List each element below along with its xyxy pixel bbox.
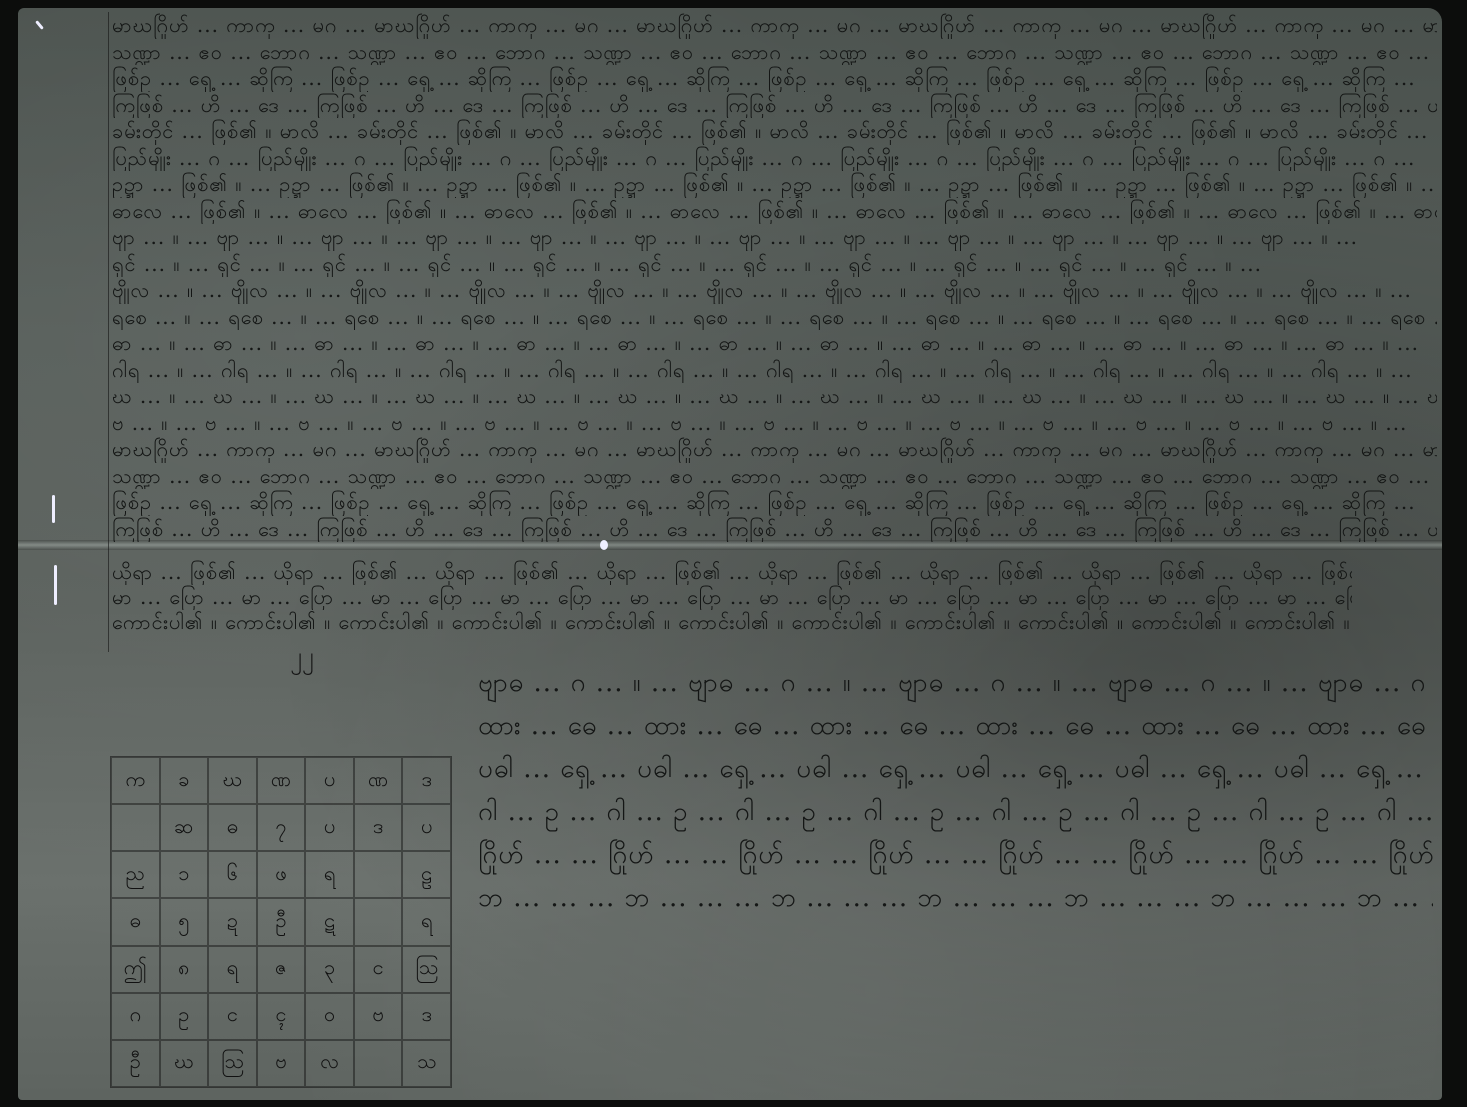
grid-cell: ဒ [402,993,451,1040]
grid-cell: ဗ [257,1040,306,1087]
grid-cell: ဃ [160,1040,209,1087]
grid-cell [111,804,160,851]
scratch-mark [600,540,608,550]
grid-cell: ဦ [257,898,306,945]
grid-cell: ဥ [160,993,209,1040]
margin-rule [108,12,109,652]
middle-text-block: ယိုရာ ... ဖြစ်၏ ... ယိုရာ ... ဖြစ်၏ ... … [112,560,1352,635]
grid-cell: င [354,946,403,993]
grid-cell: ပ [305,757,354,804]
grid-cell [354,1040,403,1087]
grid-cell: ရ [305,851,354,898]
grid-cell: ဇ [257,946,306,993]
grid-cell: ဗ [354,993,403,1040]
manuscript-line: ဗ ... ။ ... ဗ ... ။ ... ဗ ... ။ ... ဗ ..… [112,410,1437,437]
grid-cell: ဂ [111,993,160,1040]
manuscript-line: ဓာ ... ။ ... ဓာ ... ။ ... ဓာ ... ။ ... ဓ… [112,330,1437,357]
grid-cell: င [208,993,257,1040]
manuscript-line: ကြဖြစ် ... ဟိ ... ဒေ ... ကြဖြစ် ... ဟိ .… [112,516,1437,543]
character-grid: ကခဃဏပဏဒဆဓ၇ပဒပည၁၆ဖရဠဓ၅ဍဦဋရဤ၈ရဇ၃ငဩဂဥငၚဝဗဒဦ… [110,756,452,1088]
grid-cell: ဍ [208,898,257,945]
grid-cell: က [111,757,160,804]
manuscript-line: ဘ ... ... ... ဘ ... ... ... ဘ ... ... ..… [478,877,1433,920]
manuscript-line: ဥဍ္ဍာ ... ဖြစ်၏ ။ ... ဥဍ္ဍာ ... ဖြစ်၏ ။ … [112,171,1437,198]
grid-cell: သ [402,1040,451,1087]
right-text-block: ဗျာဓ ... ဂ ... ။ ... ဗျာဓ ... ဂ ... ။ ..… [478,662,1433,920]
manuscript-line: မာ ... ပြော ... မာ ... ပြော ... မာ ... ပ… [112,585,1352,610]
manuscript-line: မာဃဂြိုဟ် ... ကာကု ... မဂ ... မာဃဂြိုဟ် … [112,12,1437,39]
grid-cell: ရ [402,898,451,945]
scratch-mark [54,565,57,605]
grid-cell: ၃ [305,946,354,993]
manuscript-line: ကြဖြစ် ... ဟိ ... ဒေ ... ကြဖြစ် ... ဟိ .… [112,92,1437,119]
manuscript-line: ဖြစ်ဥ ... ရှေ့ ... ဆိုကြ ... ဖြစ်ဥ ... ရ… [112,65,1437,92]
grid-cell: ဝ [305,993,354,1040]
grid-cell: ဋ [305,898,354,945]
grid-cell: ရ [208,946,257,993]
manuscript-line: ဗျိုလ ... ။ ... ဗျိုလ ... ။ ... ဗျိုလ ..… [112,277,1437,304]
grid-cell [354,898,403,945]
grid-cell: ၁ [160,851,209,898]
grid-cell: လ [305,1040,354,1087]
manuscript-line: သဏ္ဍာ ... ဧဝ ... ဘောဂ ... သဏ္ဍာ ... ဧဝ .… [112,39,1437,66]
manuscript-line: မာဃဂြိုဟ် ... ကာကု ... မဂ ... မာဃဂြိုဟ် … [112,436,1437,463]
manuscript-line: ရှင် ... ။ ... ရှင် ... ။ ... ရှင် ... ။… [112,251,1437,278]
grid-cell: ဒ [354,804,403,851]
grid-cell: ဦ [111,1040,160,1087]
manuscript-line: ဂါရ ... ။ ... ဂါရ ... ။ ... ဂါရ ... ။ ..… [112,357,1437,384]
grid-cell: ဃ [208,757,257,804]
grid-cell: ဏ [354,757,403,804]
grid-cell: ဏ [257,757,306,804]
grid-cell: ခ [160,757,209,804]
grid-cell: ပ [402,804,451,851]
manuscript-line: ပြည်မျိုး ... ဂ ... ပြည်မျိုး ... ဂ ... … [112,145,1437,172]
manuscript-line: ဂြိုဟ် ... ... ဂြိုဟ် ... ... ဂြိုဟ် ...… [478,834,1433,877]
grid-cell: ဠ [402,851,451,898]
grid-cell: ၇ [257,804,306,851]
grid-cell: ၆ [208,851,257,898]
grid-cell: ဖ [257,851,306,898]
section-number: ၂၂ [290,640,314,676]
grid-cell: ဩ [402,946,451,993]
manuscript-line: ဂါ ... ဥ ... ဂါ ... ဥ ... ဂါ ... ဥ ... ဂ… [478,791,1433,834]
grid-cell: ၅ [160,898,209,945]
grid-cell: ဒ [402,757,451,804]
grid-cell: ဤ [111,946,160,993]
scratch-mark [52,495,55,523]
manuscript-line: ဖြစ်ဥ ... ရှေ့ ... ဆိုကြ ... ဖြစ်ဥ ... ရ… [112,489,1437,516]
manuscript-line: ဓာလေ ... ဖြစ်၏ ။ ... ဓာလေ ... ဖြစ်၏ ။ ..… [112,198,1437,225]
manuscript-line: ဃ ... ။ ... ဃ ... ။ ... ဃ ... ။ ... ဃ ..… [112,383,1437,410]
grid-cell: ၈ [160,946,209,993]
manuscript-line: ထား ... ဓေ ... ထား ... ဓေ ... ထား ... ဓေ… [478,705,1433,748]
manuscript-line: ရစေ ... ။ ... ရစေ ... ။ ... ရစေ ... ။ ..… [112,304,1437,331]
grid-cell: ည [111,851,160,898]
grid-cell: ဩ [208,1040,257,1087]
manuscript-line: ဗျာဓ ... ဂ ... ။ ... ဗျာဓ ... ဂ ... ။ ..… [478,662,1433,705]
manuscript-line: ကောင်းပါ၏ ။ ကောင်းပါ၏ ။ ကောင်းပါ၏ ။ ကောင… [112,610,1352,635]
manuscript-line: သဏ္ဍာ ... ဧဝ ... ဘောဂ ... သဏ္ဍာ ... ဧဝ .… [112,463,1437,490]
manuscript-line: ပဓါ ... ရှေ့ ... ပဓါ ... ရှေ့ ... ပဓါ ..… [478,748,1433,791]
grid-cell: ဓ [208,804,257,851]
grid-cell: ဆ [160,804,209,851]
manuscript-line: ခမ်းတိုင် ... ဖြစ်၏ ။ မာလိ ... ခမ်းတိုင်… [112,118,1437,145]
manuscript-line: ယိုရာ ... ဖြစ်၏ ... ယိုရာ ... ဖြစ်၏ ... … [112,560,1352,585]
grid-cell: ၚ [257,993,306,1040]
manuscript-line: ဗျာ ... ။ ... ဗျာ ... ။ ... ဗျာ ... ။ ..… [112,224,1437,251]
grid-cell: ဓ [111,898,160,945]
grid-cell [354,851,403,898]
top-text-block: မာဃဂြိုဟ် ... ကာကု ... မဂ ... မာဃဂြိုဟ် … [112,12,1437,542]
grid-cell: ပ [305,804,354,851]
